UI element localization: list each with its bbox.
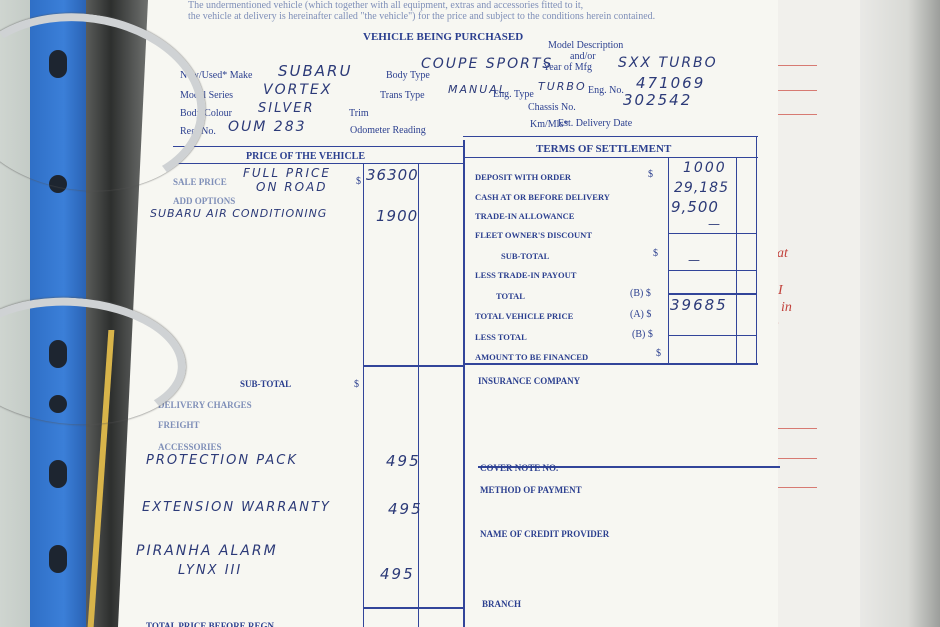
intro-text: The undermentioned vehicle (which togeth…: [188, 0, 583, 11]
section-title-settlement: TERMS OF SETTLEMENT: [536, 143, 671, 155]
label-odometer: Odometer Reading: [350, 125, 426, 136]
label-model-description: Model Description: [548, 40, 623, 51]
label-add-options: ADD OPTIONS: [173, 196, 235, 206]
settlement-value[interactable]: —: [708, 217, 722, 231]
currency-mark: $: [648, 169, 653, 180]
accessory-desc: PIRANHA ALARM: [136, 543, 278, 559]
purchase-order-form: The undermentioned vehicle (which togeth…: [118, 0, 778, 627]
rule: [668, 293, 756, 295]
rule: [418, 163, 419, 627]
field-model-description[interactable]: SXX TURBO: [618, 55, 718, 71]
settlement-value[interactable]: —: [688, 253, 702, 267]
field-reg-no[interactable]: OUM 283: [228, 119, 307, 135]
rule: [668, 335, 756, 336]
currency-mark: (A) $: [630, 309, 651, 320]
rule: [668, 270, 756, 271]
settlement-label: AMOUNT TO BE FINANCED: [475, 352, 588, 362]
label-trans-type: Trans Type: [380, 90, 425, 101]
label-branch: BRANCH: [482, 599, 521, 609]
settlement-value[interactable]: 29,185: [674, 180, 729, 196]
label-freight: FREIGHT: [158, 420, 200, 430]
field-eng-type[interactable]: TURBO: [538, 80, 587, 93]
sale-price-desc: ON ROAD: [256, 180, 327, 194]
currency-mark: (B) $: [632, 329, 653, 340]
field-chassis-no[interactable]: 302542: [623, 91, 692, 109]
rule: [363, 365, 463, 367]
settlement-value[interactable]: 1000: [683, 160, 727, 176]
option-value[interactable]: 1900: [376, 207, 418, 225]
accessory-value[interactable]: 495: [386, 452, 421, 470]
sale-price-desc: FULL PRICE: [243, 166, 331, 180]
currency-mark: $: [356, 176, 361, 187]
accessory-desc: LYNX III: [178, 563, 242, 578]
settlement-label: CASH AT OR BEFORE DELIVERY: [475, 192, 610, 202]
settlement-label: TOTAL VEHICLE PRICE: [475, 311, 573, 321]
field-eng-no[interactable]: 471069: [636, 74, 705, 92]
label-accessories: ACCESSORIES: [158, 442, 222, 452]
rule: [668, 233, 756, 234]
accessory-value[interactable]: 495: [388, 500, 423, 518]
settlement-label: DEPOSIT WITH ORDER: [475, 172, 571, 182]
rule: [463, 363, 758, 365]
label-eng-no: Eng. No.: [588, 85, 624, 96]
punch-hole: [49, 460, 67, 488]
intro-text: the vehicle at delivery is hereinafter c…: [188, 11, 655, 22]
settlement-label: LESS TOTAL: [475, 332, 527, 342]
rule: [756, 136, 757, 364]
field-model-series[interactable]: VORTEX: [263, 82, 332, 98]
rule: [463, 140, 465, 627]
total-vehicle-price-value[interactable]: 39685: [670, 296, 728, 314]
accessory-desc: PROTECTION PACK: [146, 453, 298, 468]
field-make[interactable]: SUBARU: [278, 62, 352, 80]
currency-mark: $: [354, 379, 359, 390]
binder-edge: [860, 0, 940, 627]
settlement-label: FLEET OWNER'S DISCOUNT: [475, 230, 592, 240]
label-sub-total: SUB-TOTAL: [240, 379, 291, 389]
accessory-desc: EXTENSION WARRANTY: [142, 500, 331, 515]
label-eng-type: Eng. Type: [493, 89, 534, 100]
rule: [463, 136, 758, 137]
rule: [463, 157, 758, 158]
label-est-delivery-date: Est. Delivery Date: [558, 118, 632, 129]
currency-mark: (B) $: [630, 288, 651, 299]
label-chassis-no: Chassis No.: [528, 102, 576, 113]
label-year-of-mfg: Year of Mfg: [543, 62, 592, 73]
field-body-type[interactable]: COUPE SPORTS: [421, 56, 553, 72]
label-and-or: and/or: [570, 51, 596, 62]
rule: [173, 163, 463, 164]
rule: [668, 157, 669, 364]
label-cover-note: COVER NOTE NO.: [480, 463, 558, 473]
settlement-label: SUB-TOTAL: [501, 251, 549, 261]
section-title-vehicle: VEHICLE BEING PURCHASED: [363, 31, 523, 43]
accessory-value[interactable]: 495: [380, 565, 415, 583]
label-trim: Trim: [349, 108, 369, 119]
rule: [173, 146, 463, 147]
settlement-value[interactable]: 9,500: [671, 198, 719, 216]
section-title-price: PRICE OF THE VEHICLE: [246, 151, 365, 162]
sale-price-value[interactable]: 36300: [366, 166, 419, 184]
label-sale-price: SALE PRICE: [173, 177, 227, 187]
label-credit-provider: NAME OF CREDIT PROVIDER: [480, 529, 609, 539]
currency-mark: $: [656, 348, 661, 359]
rule: [363, 163, 364, 627]
settlement-label: LESS TRADE-IN PAYOUT: [475, 270, 576, 280]
rule: [736, 157, 737, 364]
settlement-label: TOTAL: [496, 291, 525, 301]
field-body-colour[interactable]: SILVER: [258, 101, 315, 116]
punch-hole: [49, 545, 67, 573]
label-total-before-regn: TOTAL PRICE BEFORE REGN.: [146, 621, 276, 627]
label-insurance-company: INSURANCE COMPANY: [478, 376, 580, 386]
option-desc: SUBARU AIR CONDITIONING: [150, 207, 327, 220]
settlement-label: TRADE-IN ALLOWANCE: [475, 211, 574, 221]
currency-mark: $: [653, 248, 658, 259]
red-text-fragment: I: [778, 283, 783, 299]
rule: [363, 607, 463, 609]
label-method-of-payment: METHOD OF PAYMENT: [480, 485, 582, 495]
label-delivery-charges: DELIVERY CHARGES: [158, 400, 252, 410]
